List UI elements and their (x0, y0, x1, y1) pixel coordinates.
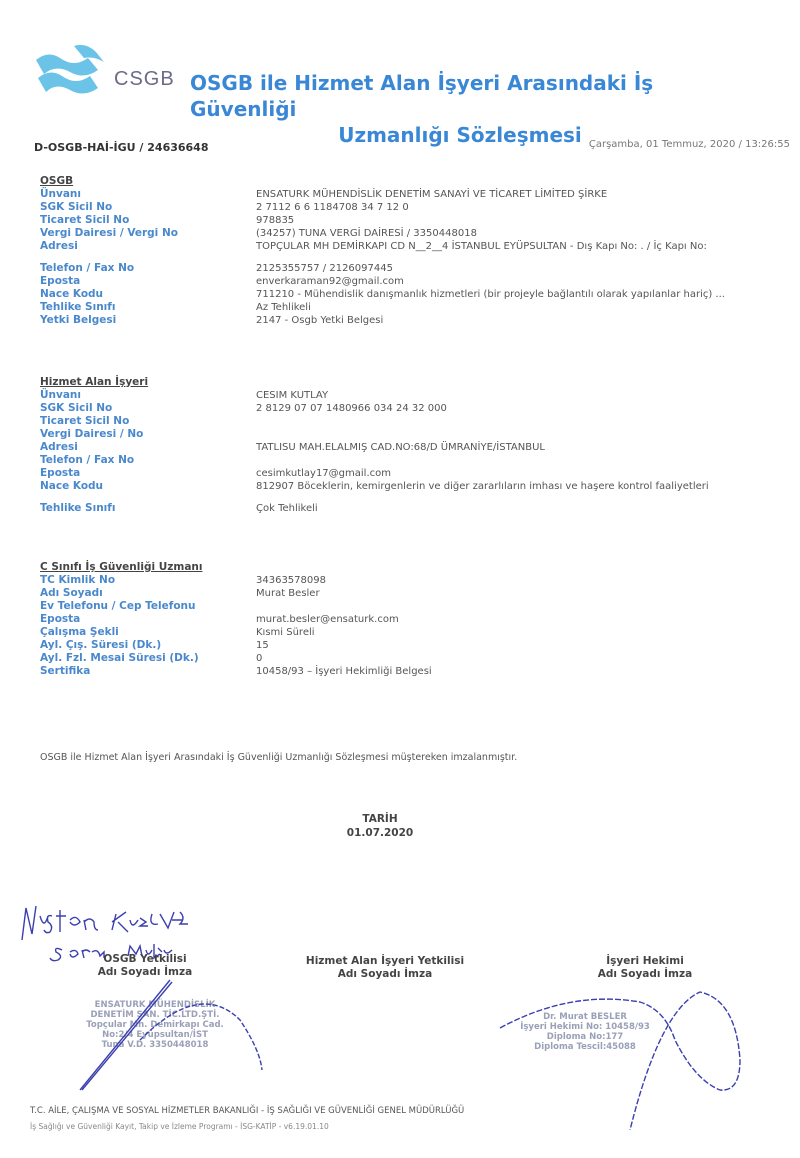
field-row: Çalışma ŞekliKısmi Süreli (40, 626, 800, 639)
field-label: Tehlike Sınıfı (40, 502, 256, 515)
field-value: 10458/93 – İşyeri Hekimliği Belgesi (256, 665, 432, 678)
field-value: 2 8129 07 07 1480966 034 24 32 000 (256, 402, 447, 415)
field-row: ÜnvanıENSATURK MÜHENDİSLİK DENETİM SANAY… (40, 188, 800, 201)
doctor-signature-icon (480, 980, 800, 1110)
field-label: Vergi Dairesi / No (40, 428, 256, 441)
field-label: Nace Kodu (40, 480, 256, 493)
field-row: Sertifika 10458/93 – İşyeri Hekimliği Be… (40, 665, 800, 678)
field-value: 2 7112 6 6 1184708 34 7 12 0 (256, 201, 409, 214)
field-row: AdresiTOPÇULAR MH DEMİRKAPI CD N__2__4 İ… (40, 240, 800, 253)
field-row: TC Kimlik No34363578098 (40, 574, 800, 587)
osgb-section: OSGB ÜnvanıENSATURK MÜHENDİSLİK DENETİM … (40, 175, 800, 327)
field-label: Yetki Belgesi (40, 314, 256, 327)
osgb-signatory-subtitle: Adı Soyadı İmza (65, 966, 225, 979)
employer-section-title: Hizmet Alan İşyeri (40, 376, 800, 389)
doctor-signatory-subtitle: Adı Soyadı İmza (580, 968, 710, 981)
field-value: Murat Besler (256, 587, 320, 600)
field-row: Ev Telefonu / Cep Telefonu (40, 600, 800, 613)
field-row: Yetki Belgesi2147 - Osgb Yetki Belgesi (40, 314, 800, 327)
specialist-section-title: C Sınıfı İş Güvenliği Uzmanı (40, 561, 800, 574)
field-row: Telefon / Fax No2125355757 / 2126097445 (40, 262, 800, 275)
field-label: Ev Telefonu / Cep Telefonu (40, 600, 256, 613)
field-value: 15 (256, 639, 269, 652)
employer-signatory-title: Hizmet Alan İşyeri Yetkilisi (290, 955, 480, 968)
field-row: Ayl. Çış. Süresi (Dk.) 15 (40, 639, 800, 652)
doctor-signatory-label: İşyeri Hekimi Adı Soyadı İmza (580, 955, 710, 981)
employer-signatory-label: Hizmet Alan İşyeri Yetkilisi Adı Soyadı … (290, 955, 480, 981)
field-value: ENSATURK MÜHENDİSLİK DENETİM SANAYİ VE T… (256, 188, 607, 201)
field-label: Ünvanı (40, 389, 256, 402)
field-row: Tehlike SınıfıAz Tehlikeli (40, 301, 800, 314)
osgb-signatory-label: OSGB Yetkilisi Adı Soyadı İmza (65, 953, 225, 979)
field-label: Adresi (40, 240, 256, 253)
field-row: Ticaret Sicil No978835 (40, 214, 800, 227)
field-label: Ticaret Sicil No (40, 214, 256, 227)
footer-ministry: T.C. AİLE, ÇALIŞMA VE SOSYAL HİZMETLER B… (30, 1106, 464, 1116)
field-value: 0 (256, 652, 262, 665)
field-row: Vergi Dairesi / No (40, 428, 800, 441)
document-title: OSGB ile Hizmet Alan İşyeri Arasındaki İ… (190, 70, 710, 148)
osgb-signature-icon (0, 890, 300, 1090)
document-datetime: Çarşamba, 01 Temmuz, 2020 / 13:26:55 (589, 139, 790, 150)
date-block: TARİH 01.07.2020 (300, 812, 460, 840)
doctor-signatory-title: İşyeri Hekimi (580, 955, 710, 968)
field-value: Çok Tehlikeli (256, 502, 318, 515)
field-label: Eposta (40, 275, 256, 288)
field-label: SGK Sicil No (40, 402, 256, 415)
field-value: CESIM KUTLAY (256, 389, 328, 402)
field-row: Adı SoyadıMurat Besler (40, 587, 800, 600)
field-row: SGK Sicil No2 8129 07 07 1480966 034 24 … (40, 402, 800, 415)
field-label: Eposta (40, 613, 256, 626)
field-row: Epostaenverkaraman92@gmail.com (40, 275, 800, 288)
field-row: SGK Sicil No2 7112 6 6 1184708 34 7 12 0 (40, 201, 800, 214)
field-label: Telefon / Fax No (40, 262, 256, 275)
field-value: Az Tehlikeli (256, 301, 311, 314)
field-label: Vergi Dairesi / Vergi No (40, 227, 256, 240)
footer-program: İş Sağlığı ve Güvenliği Kayıt, Takip ve … (30, 1122, 329, 1131)
field-label: Telefon / Fax No (40, 454, 256, 467)
title-line-1: OSGB ile Hizmet Alan İşyeri Arasındaki İ… (190, 70, 710, 122)
osgb-section-title: OSGB (40, 175, 800, 188)
field-label: Ayl. Fzl. Mesai Süresi (Dk.) (40, 652, 256, 665)
field-row: Telefon / Fax No (40, 454, 800, 467)
field-row: Nace Kodu 812907 Böceklerin, kemirgenler… (40, 480, 800, 493)
field-value: cesimkutlay17@gmail.com (256, 467, 391, 480)
field-row: ÜnvanıCESIM KUTLAY (40, 389, 800, 402)
field-label: TC Kimlik No (40, 574, 256, 587)
field-row: Vergi Dairesi / Vergi No(34257) TUNA VER… (40, 227, 800, 240)
date-label: TARİH (300, 812, 460, 826)
field-label: Nace Kodu (40, 288, 256, 301)
field-row: Tehlike Sınıfı Çok Tehlikeli (40, 502, 800, 515)
osgb-signatory-title: OSGB Yetkilisi (65, 953, 225, 966)
field-value: TOPÇULAR MH DEMİRKAPI CD N__2__4 İSTANBU… (256, 240, 707, 253)
employer-section: Hizmet Alan İşyeri ÜnvanıCESIM KUTLAYSGK… (40, 376, 800, 515)
field-label: Ayl. Çış. Süresi (Dk.) (40, 639, 256, 652)
closing-statement: OSGB ile Hizmet Alan İşyeri Arasındaki İ… (40, 752, 517, 763)
field-label: Tehlike Sınıfı (40, 301, 256, 314)
field-row: Adresi TATLISU MAH.ELALMIŞ CAD.NO:68/D Ü… (40, 441, 800, 454)
logo-text: CSGB (114, 68, 175, 91)
document-number: D-OSGB-HAİ-İGU / 24636648 (34, 141, 209, 154)
field-row: Ayl. Fzl. Mesai Süresi (Dk.) 0 (40, 652, 800, 665)
field-label: Ticaret Sicil No (40, 415, 256, 428)
field-row: Epostamurat.besler@ensaturk.com (40, 613, 800, 626)
date-value: 01.07.2020 (300, 826, 460, 840)
field-value: 711210 - Mühendislik danışmanlık hizmetl… (256, 288, 725, 301)
field-label: Adresi (40, 441, 256, 454)
field-label: Adı Soyadı (40, 587, 256, 600)
field-value: (34257) TUNA VERGİ DAİRESİ / 3350448018 (256, 227, 477, 240)
field-value: 2147 - Osgb Yetki Belgesi (256, 314, 383, 327)
field-row: Nace Kodu711210 - Mühendislik danışmanlı… (40, 288, 800, 301)
field-value: 812907 Böceklerin, kemirgenlerin ve diğe… (256, 480, 709, 493)
employer-signatory-subtitle: Adı Soyadı İmza (290, 968, 480, 981)
field-value: 978835 (256, 214, 294, 227)
field-value: Kısmi Süreli (256, 626, 315, 639)
field-label: Ünvanı (40, 188, 256, 201)
specialist-section: C Sınıfı İş Güvenliği Uzmanı TC Kimlik N… (40, 561, 800, 678)
field-value: 34363578098 (256, 574, 326, 587)
field-value: 2125355757 / 2126097445 (256, 262, 393, 275)
field-row: Epostacesimkutlay17@gmail.com (40, 467, 800, 480)
field-value: murat.besler@ensaturk.com (256, 613, 399, 626)
field-label: Eposta (40, 467, 256, 480)
field-label: SGK Sicil No (40, 201, 256, 214)
field-label: Çalışma Şekli (40, 626, 256, 639)
field-value: TATLISU MAH.ELALMIŞ CAD.NO:68/D ÜMRANİYE… (256, 441, 545, 454)
field-value: enverkaraman92@gmail.com (256, 275, 404, 288)
field-label: Sertifika (40, 665, 256, 678)
field-row: Ticaret Sicil No (40, 415, 800, 428)
